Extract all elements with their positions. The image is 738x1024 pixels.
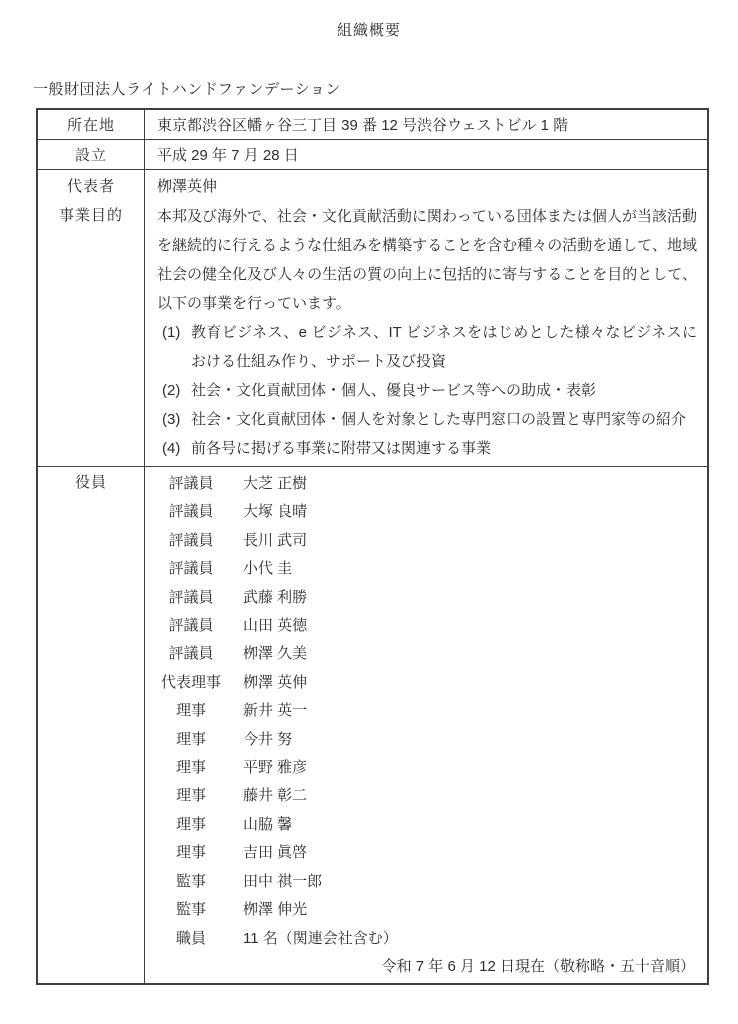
officer-row: 評議員 大塚 良晴 [159, 498, 697, 526]
officer-role: 理事 [159, 839, 223, 867]
purpose-item-text: 前各号に掲げる事業に附帯又は関連する事業 [191, 434, 697, 463]
officer-name: 11 名（関連会社含む） [243, 925, 398, 953]
officer-row: 理事 藤井 彰二 [159, 782, 697, 810]
row-value: 栁澤英伸 [145, 170, 707, 200]
officer-name: 武藤 利勝 [243, 584, 307, 612]
purpose-item-text: 教育ビジネス、e ビジネス、IT ビジネスをはじめとした様々なビジネスにおける仕… [191, 318, 697, 376]
organization-overview-table: 所在地 東京都渋谷区幡ヶ谷三丁目 39 番 12 号渋谷ウェストビル 1 階 設… [36, 108, 709, 985]
purpose-item-number: (2) [157, 376, 191, 405]
officer-name: 藤井 彰二 [243, 782, 307, 810]
officer-row: 職員 11 名（関連会社含む） [159, 925, 697, 953]
officer-name: 栁澤 久美 [243, 640, 307, 668]
row-label: 代表者 [38, 170, 145, 200]
officer-name: 小代 圭 [243, 555, 292, 583]
officer-row: 評議員 山田 英徳 [159, 612, 697, 640]
officer-row: 監事 田中 祺一郎 [159, 868, 697, 896]
officer-role: 評議員 [159, 584, 223, 612]
officer-name: 栁澤 伸光 [243, 896, 307, 924]
officer-role: 監事 [159, 896, 223, 924]
officer-name: 新井 英一 [243, 697, 307, 725]
business-purpose-intro: 本邦及び海外で、社会・文化貢献活動に関わっている団体または個人が当該活動を継続的… [157, 202, 697, 318]
officer-row: 評議員 大芝 正樹 [159, 470, 697, 498]
officer-role: 理事 [159, 811, 223, 839]
row-value: 平成 29 年 7 月 28 日 [145, 140, 707, 169]
officer-row: 評議員 武藤 利勝 [159, 584, 697, 612]
purpose-list-item: (2) 社会・文化貢献団体・個人、優良サービス等への助成・表彰 [157, 376, 697, 405]
document-title: 組織概要 [0, 0, 738, 40]
officer-name: 今井 努 [243, 726, 292, 754]
officer-row: 評議員 小代 圭 [159, 555, 697, 583]
officer-role: 評議員 [159, 640, 223, 668]
officer-name: 田中 祺一郎 [243, 868, 322, 896]
row-label: 事業目的 [38, 200, 145, 466]
table-row: 代表者 栁澤英伸 [38, 170, 707, 200]
officer-row: 代表理事 栁澤 英伸 [159, 669, 697, 697]
officer-row: 理事 新井 英一 [159, 697, 697, 725]
officer-role: 評議員 [159, 498, 223, 526]
officer-name: 山脇 馨 [243, 811, 292, 839]
officer-name: 山田 英徳 [243, 612, 307, 640]
purpose-item-number: (3) [157, 405, 191, 434]
officer-role: 監事 [159, 868, 223, 896]
officers-content: 評議員 大芝 正樹 評議員 大塚 良晴 評議員 長川 武司 [145, 467, 707, 983]
row-label: 設立 [38, 140, 145, 169]
table-row-officers: 役員 評議員 大芝 正樹 評議員 大塚 良晴 [38, 467, 707, 983]
purpose-item-text: 社会・文化貢献団体・個人を対象とした専門窓口の設置と専門家等の紹介 [191, 405, 697, 434]
officer-name: 大塚 良晴 [243, 498, 307, 526]
officer-name: 栁澤 英伸 [243, 669, 307, 697]
purpose-item-text: 社会・文化貢献団体・個人、優良サービス等への助成・表彰 [191, 376, 697, 405]
officer-name: 長川 武司 [243, 527, 307, 555]
officer-name: 吉田 眞啓 [243, 839, 307, 867]
officer-row: 評議員 栁澤 久美 [159, 640, 697, 668]
officer-row: 理事 平野 雅彦 [159, 754, 697, 782]
officer-row: 理事 山脇 馨 [159, 811, 697, 839]
row-label: 役員 [38, 467, 145, 983]
table-row: 所在地 東京都渋谷区幡ヶ谷三丁目 39 番 12 号渋谷ウェストビル 1 階 [38, 110, 707, 140]
purpose-item-number: (4) [157, 434, 191, 463]
row-value: 東京都渋谷区幡ヶ谷三丁目 39 番 12 号渋谷ウェストビル 1 階 [145, 110, 707, 139]
table-row: 設立 平成 29 年 7 月 28 日 [38, 140, 707, 170]
business-purpose-content: 本邦及び海外で、社会・文化貢献活動に関わっている団体または個人が当該活動を継続的… [145, 200, 707, 466]
officer-role: 評議員 [159, 527, 223, 555]
row-label: 所在地 [38, 110, 145, 139]
officer-row: 理事 吉田 眞啓 [159, 839, 697, 867]
officer-role: 評議員 [159, 470, 223, 498]
officer-role: 評議員 [159, 555, 223, 583]
officer-role: 理事 [159, 782, 223, 810]
officer-row: 評議員 長川 武司 [159, 527, 697, 555]
officer-role: 代表理事 [159, 669, 223, 697]
purpose-list-item: (3) 社会・文化貢献団体・個人を対象とした専門窓口の設置と専門家等の紹介 [157, 405, 697, 434]
officer-name: 大芝 正樹 [243, 470, 307, 498]
document-page: 組織概要 一般財団法人ライトハンドファンデーション 所在地 東京都渋谷区幡ヶ谷三… [0, 0, 738, 1024]
purpose-item-number: (1) [157, 318, 191, 376]
purpose-list-item: (1) 教育ビジネス、e ビジネス、IT ビジネスをはじめとした様々なビジネスに… [157, 318, 697, 376]
officer-role: 理事 [159, 697, 223, 725]
purpose-list-item: (4) 前各号に掲げる事業に附帯又は関連する事業 [157, 434, 697, 463]
officer-role: 理事 [159, 754, 223, 782]
officer-row: 監事 栁澤 伸光 [159, 896, 697, 924]
officer-name: 平野 雅彦 [243, 754, 307, 782]
officer-role: 職員 [159, 925, 223, 953]
table-row-business-purpose: 事業目的 本邦及び海外で、社会・文化貢献活動に関わっている団体または個人が当該活… [38, 200, 707, 467]
officer-role: 評議員 [159, 612, 223, 640]
as-of-date-note: 令和 7 年 6 月 12 日現在（敬称略・五十音順） [159, 953, 697, 981]
officer-row: 理事 今井 努 [159, 726, 697, 754]
officer-role: 理事 [159, 726, 223, 754]
organization-name: 一般財団法人ライトハンドファンデーション [33, 78, 738, 99]
